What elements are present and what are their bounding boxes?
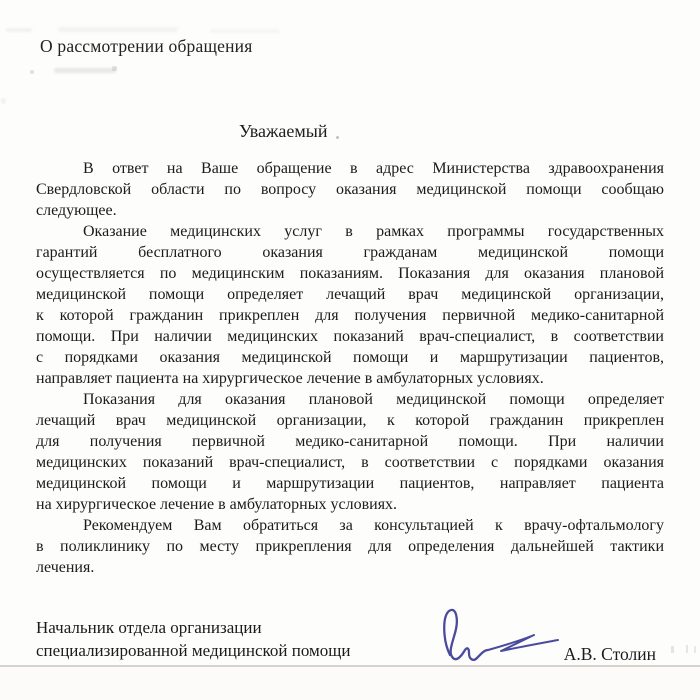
body-line: медицинской помощи определяет лечащий вр… — [36, 284, 664, 305]
body-line: медицинских показаний врач-специалист, в… — [36, 452, 664, 473]
signer-position: Начальник отдела организации специализир… — [36, 616, 351, 662]
paragraph: Оказание медицинских услуг в рамках прог… — [36, 221, 664, 389]
scan-noise-artifact — [1, 98, 6, 104]
redacted-text-smudge — [30, 70, 34, 74]
body-line: осуществляется по медицинским показаниям… — [36, 263, 664, 284]
scan-background-below-page — [0, 667, 700, 700]
letter-subject: О рассмотрении обращения — [40, 36, 253, 57]
salutation: Уважаемый — [239, 121, 328, 142]
scanned-letter-page: О рассмотрении обращения Уважаемый В отв… — [0, 0, 700, 700]
scan-noise-artifact — [686, 645, 688, 653]
body-line: следующее. — [36, 200, 664, 221]
handwritten-signature — [430, 604, 570, 670]
body-line: для получения первичной медико-санитарно… — [36, 431, 664, 452]
scan-noise-artifact — [694, 646, 696, 653]
body-line: направляет пациента на хирургическое леч… — [36, 368, 664, 389]
scan-noise-artifact — [671, 646, 674, 653]
body-line: Оказание медицинских услуг в рамках прог… — [36, 221, 664, 242]
paragraph: В ответ на Ваше обращение в адрес Минист… — [36, 158, 664, 221]
signer-position-line: специализированной медицинской помощи — [36, 639, 351, 662]
paragraph: Показания для оказания плановой медицинс… — [36, 389, 664, 515]
body-line: с порядками оказания медицинской помощи … — [36, 347, 664, 368]
scan-noise-artifact — [210, 29, 280, 33]
body-line: в поликлинику по месту прикрепления для … — [36, 536, 664, 557]
body-line: помощи. При наличии медицинских показани… — [36, 326, 664, 347]
body-line: Показания для оказания плановой медицинс… — [36, 389, 664, 410]
scan-noise-artifact — [6, 28, 32, 32]
paragraph: Рекомендуем Вам обратиться за консультац… — [36, 515, 664, 578]
signer-name: А.В. Столин — [564, 644, 656, 665]
body-line: В ответ на Ваше обращение в адрес Минист… — [36, 158, 664, 179]
body-line: Свердловской области по вопросу оказания… — [36, 179, 664, 200]
letter-body: В ответ на Ваше обращение в адрес Минист… — [36, 158, 664, 578]
body-line: медицинской помощи и маршрутизации пацие… — [36, 473, 664, 494]
body-line: гарантий бесплатного оказания гражданам … — [36, 242, 664, 263]
body-line: Рекомендуем Вам обратиться за консультац… — [36, 515, 664, 536]
body-line: на хирургическое лечение в амбулаторных … — [36, 494, 664, 515]
body-line: к которой гражданин прикреплен для получ… — [36, 305, 664, 326]
scan-noise-artifact — [58, 27, 178, 32]
body-line: лечащий врач медицинской организации, к … — [36, 410, 664, 431]
body-line: лечения. — [36, 557, 664, 578]
redacted-text-smudge — [112, 66, 117, 71]
signer-position-line: Начальник отдела организации — [36, 616, 351, 639]
redacted-text-smudge — [54, 68, 116, 73]
redacted-name-mark — [336, 136, 339, 139]
